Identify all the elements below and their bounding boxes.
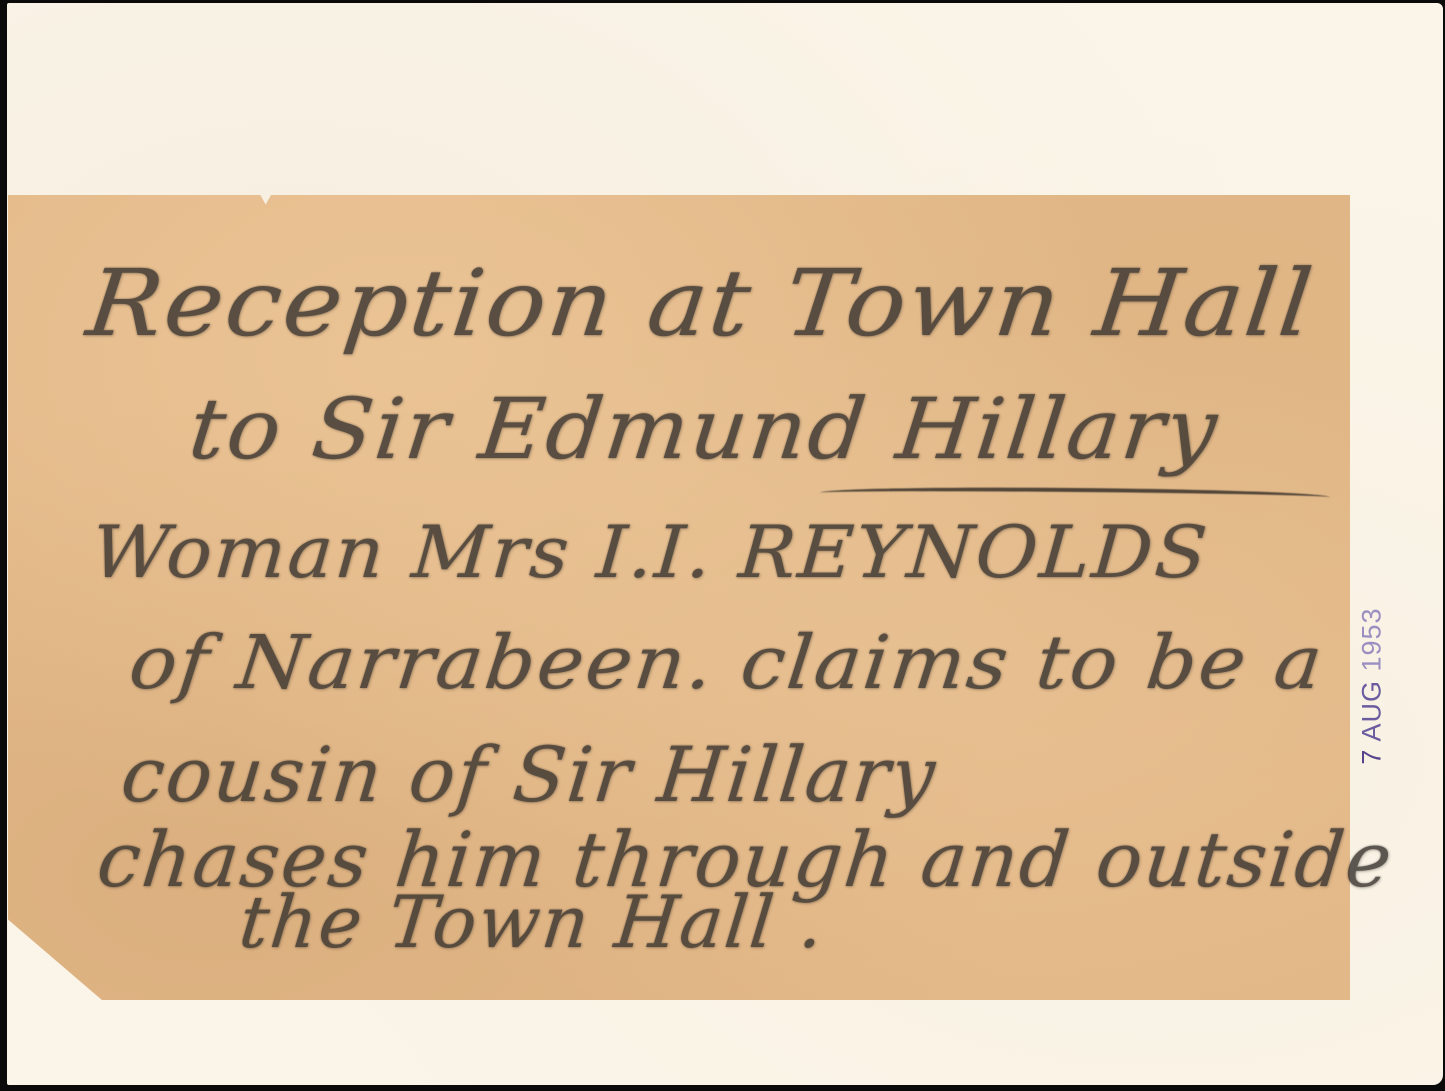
stamp-day: 7 — [1357, 749, 1387, 765]
stamp-year: 1953 — [1357, 607, 1387, 671]
date-stamp-text: 7 AUG 1953 — [1357, 607, 1388, 764]
note-line-7: the Town Hall . — [236, 880, 830, 964]
note-line-1: Reception at Town Hall — [82, 250, 1320, 357]
note-line-5: cousin of Sir Hillary — [117, 730, 941, 819]
note-line-2: to Sir Edmund Hillary — [185, 380, 1224, 478]
date-stamp: 7 AUG 1953 — [1352, 600, 1392, 772]
stamp-month: AUG — [1357, 680, 1387, 742]
note-line-3: Woman Mrs I.I. REYNOLDS — [89, 510, 1212, 594]
note-line-4: of Narrabeen. claims to be a — [125, 620, 1328, 706]
